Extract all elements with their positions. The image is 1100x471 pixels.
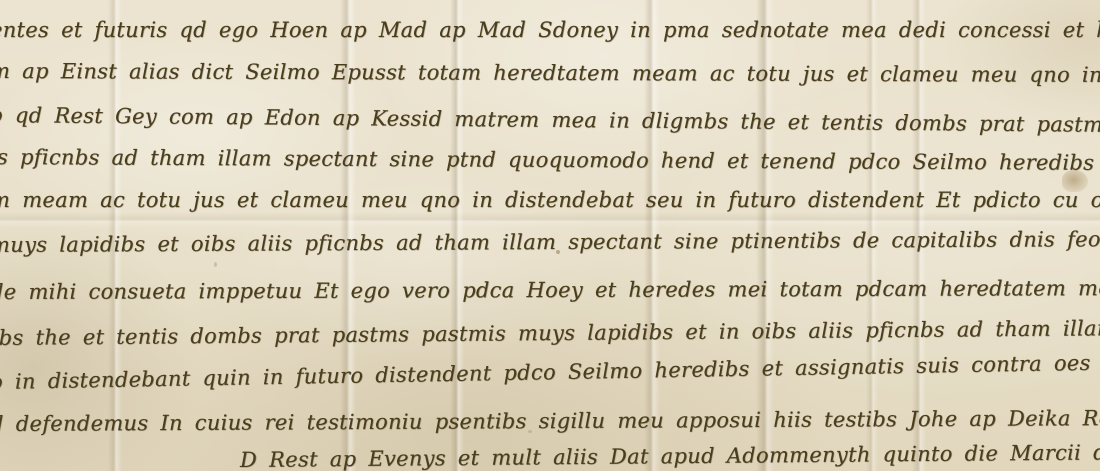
manuscript-line-7: de mihi consueta imppetuu Et ego vero pd…	[0, 273, 1100, 307]
manuscript-line-8: tbs the et tentis dombs prat pastms past…	[0, 313, 1100, 353]
manuscript-line-2: m ap Einst alias dict Seilmo Epusst tota…	[0, 56, 1100, 90]
manuscript-line-3: o qd Rest Gey com ap Edon ap Kessid matr…	[0, 100, 1100, 140]
manuscript-line-6: muys lapidibs et oibs aliis pficnbs ad t…	[0, 224, 1100, 260]
ink-speckle	[214, 262, 217, 267]
manuscript-line-11-partial: D Rest ap Evenys et mult aliis Dat apud …	[240, 437, 1100, 471]
manuscript-line-1: entes et futuris qd ego Hoen ap Mad ap M…	[0, 15, 1100, 45]
manuscript-parchment: entes et futuris qd ego Hoen ap Mad ap M…	[0, 0, 1100, 471]
manuscript-line-9: o in distendebant quin in futuro distend…	[0, 347, 1100, 397]
manuscript-line-10: d defendemus In cuius rei testimoniu pse…	[0, 403, 1100, 439]
manuscript-line-5: m meam ac totu jus et clameu meu qno in …	[0, 185, 1100, 215]
manuscript-line-4: is pficnbs ad tham illam spectant sine p…	[0, 142, 1100, 178]
